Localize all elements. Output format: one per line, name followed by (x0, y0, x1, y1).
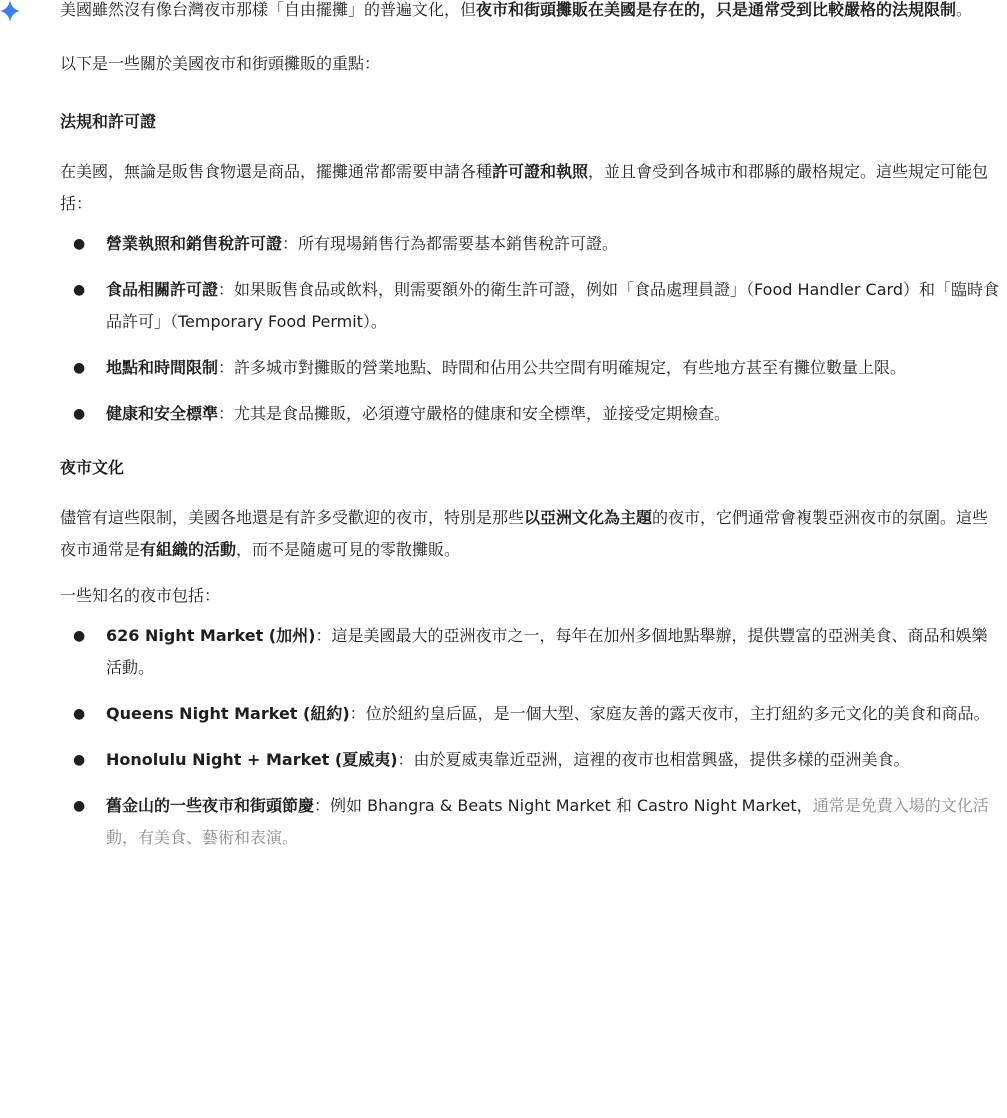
list-item: ●舊金山的一些夜市和街頭節慶：例如 Bhangra & Beats Night … (60, 790, 1000, 854)
item-text: ：例如 Bhangra & Beats Night Market 和 Castr… (314, 796, 813, 815)
item-title: 食品相關許可證 (106, 280, 218, 299)
list-item: ●營業執照和銷售稅許可證：所有現場銷售行為都需要基本銷售稅許可證。 (60, 228, 1000, 260)
emphasis: 有組織的活動 (140, 540, 236, 559)
night-market-paragraph: 儘管有這些限制，美國各地還是有許多受歡迎的夜市，特別是那些以亞洲文化為主題的夜市… (60, 502, 1000, 566)
section-heading-night-market-culture: 夜市文化 (60, 456, 1000, 480)
summary-lead: 以下是一些關於美國夜市和街頭攤販的重點： (60, 48, 1000, 80)
item-text: ：由於夏威夷靠近亞洲，這裡的夜市也相當興盛，提供多樣的亞洲美食。 (398, 750, 910, 769)
list-item: ●Queens Night Market (紐約)：位於紐約皇后區，是一個大型、… (60, 698, 1000, 730)
bullet-icon: ● (73, 790, 85, 822)
section-heading-regulations: 法規和許可證 (60, 110, 1000, 134)
item-title: 健康和安全標準 (106, 404, 218, 423)
intro-end: 。 (956, 0, 972, 19)
regulations-paragraph: 在美國，無論是販售食物還是商品，擺攤通常都需要申請各種許可證和執照，並且會受到各… (60, 156, 1000, 220)
gemini-sparkle-icon (0, 0, 20, 22)
item-text: ：位於紐約皇后區，是一個大型、家庭友善的露天夜市，主打紐約多元文化的美食和商品。 (350, 704, 990, 723)
item-title: Queens Night Market (紐約) (106, 704, 350, 723)
bullet-icon: ● (73, 274, 85, 306)
assistant-response: 美國雖然沒有像台灣夜市那樣「自由擺攤」的普遍文化，但夜市和街頭攤販在美國是存在的… (60, 0, 1000, 868)
intro-paragraph: 美國雖然沒有像台灣夜市那樣「自由擺攤」的普遍文化，但夜市和街頭攤販在美國是存在的… (60, 0, 1000, 26)
list-item: ●健康和安全標準：尤其是食品攤販，必須遵守嚴格的健康和安全標準，並接受定期檢查。 (60, 398, 1000, 430)
bullet-icon: ● (73, 228, 85, 260)
bullet-icon: ● (73, 398, 85, 430)
intro-text: 美國雖然沒有像台灣夜市那樣「自由擺攤」的普遍文化，但 (60, 0, 476, 19)
emphasis: 以亞洲文化為主題 (524, 508, 652, 527)
emphasis: 許可證和執照 (492, 162, 588, 181)
list-item: ●地點和時間限制：許多城市對攤販的營業地點、時間和佔用公共空間有明確規定，有些地… (60, 352, 1000, 384)
list-item: ●Honolulu Night + Market (夏威夷)：由於夏威夷靠近亞洲… (60, 744, 1000, 776)
intro-emphasis: 夜市和街頭攤販在美國是存在的，只是通常受到比較嚴格的法規限制 (476, 0, 956, 19)
item-text: ：尤其是食品攤販，必須遵守嚴格的健康和安全標準，並接受定期檢查。 (218, 404, 730, 423)
bullet-icon: ● (73, 744, 85, 776)
list-lead: 一些知名的夜市包括： (60, 580, 1000, 612)
item-title: 地點和時間限制 (106, 358, 218, 377)
list-item: ●626 Night Market (加州)：這是美國最大的亞洲夜市之一，每年在… (60, 620, 1000, 684)
text: 儘管有這些限制，美國各地還是有許多受歡迎的夜市，特別是那些 (60, 508, 524, 527)
bullet-icon: ● (73, 698, 85, 730)
regulations-list: ●營業執照和銷售稅許可證：所有現場銷售行為都需要基本銷售稅許可證。 ●食品相關許… (60, 228, 1000, 430)
item-text: ：許多城市對攤販的營業地點、時間和佔用公共空間有明確規定，有些地方甚至有攤位數量… (218, 358, 906, 377)
text: 在美國，無論是販售食物還是商品，擺攤通常都需要申請各種 (60, 162, 492, 181)
item-title: Honolulu Night + Market (夏威夷) (106, 750, 398, 769)
list-item: ●食品相關許可證：如果販售食品或飲料，則需要額外的衛生許可證，例如「食品處理員證… (60, 274, 1000, 338)
item-title: 營業執照和銷售稅許可證 (106, 234, 282, 253)
item-text: ：所有現場銷售行為都需要基本銷售稅許可證。 (282, 234, 618, 253)
item-title: 舊金山的一些夜市和街頭節慶 (106, 796, 314, 815)
night-markets-list: ●626 Night Market (加州)：這是美國最大的亞洲夜市之一，每年在… (60, 620, 1000, 854)
item-title: 626 Night Market (加州) (106, 626, 315, 645)
item-text: ：如果販售食品或飲料，則需要額外的衛生許可證，例如「食品處理員證」（Food H… (106, 280, 999, 331)
bullet-icon: ● (73, 352, 85, 384)
bullet-icon: ● (73, 620, 85, 652)
text: ，而不是隨處可見的零散攤販。 (236, 540, 460, 559)
